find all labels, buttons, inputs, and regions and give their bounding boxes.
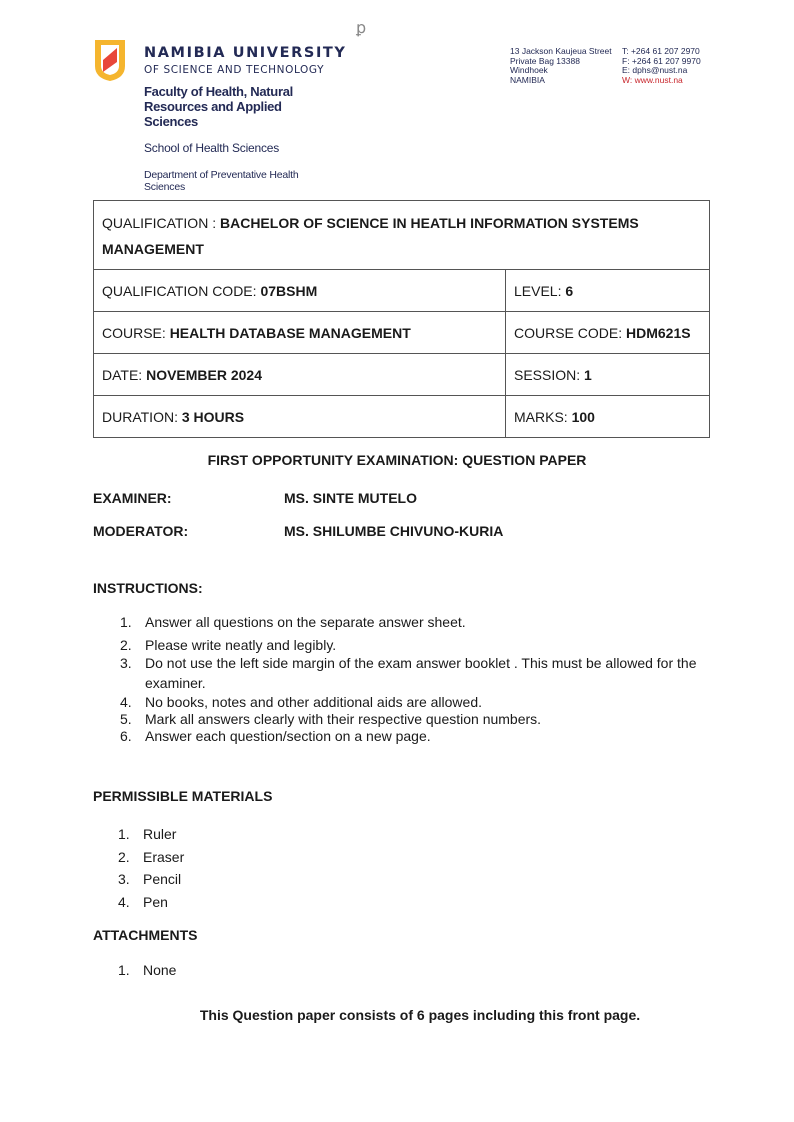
level-cell: LEVEL: 6 bbox=[506, 270, 710, 312]
material-item: 3.Pencil bbox=[118, 868, 184, 891]
duration-value: 3 HOURS bbox=[182, 409, 244, 425]
instruction-item: 5.Mark all answers clearly with their re… bbox=[120, 711, 700, 727]
department-name: Department of Preventative Health Scienc… bbox=[144, 169, 304, 193]
university-name: NAMIBIA UNIVERSITY bbox=[144, 45, 347, 61]
course-value: HEALTH DATABASE MANAGEMENT bbox=[170, 325, 411, 341]
page-count-note: This Question paper consists of 6 pages … bbox=[0, 1007, 794, 1023]
exam-info-table: QUALIFICATION : BACHELOR OF SCIENCE IN H… bbox=[93, 200, 710, 438]
course-code-label: COURSE CODE: bbox=[514, 325, 626, 341]
qualification-code-label: QUALIFICATION CODE: bbox=[102, 283, 260, 299]
qualification-label: QUALIFICATION : bbox=[102, 215, 220, 231]
material-item: 1.Ruler bbox=[118, 823, 184, 846]
session-label: SESSION: bbox=[514, 367, 584, 383]
course-cell: COURSE: HEALTH DATABASE MANAGEMENT bbox=[94, 312, 506, 354]
examiner-name: MS. SINTE MUTELO bbox=[284, 490, 417, 506]
university-subtitle: OF SCIENCE AND TECHNOLOGY bbox=[144, 64, 324, 76]
instruction-item: 4.No books, notes and other additional a… bbox=[120, 694, 700, 710]
address-line: NAMIBIA bbox=[510, 76, 612, 86]
postal-address: 13 Jackson Kaujeua Street Private Bag 13… bbox=[510, 47, 612, 85]
instruction-item: 6.Answer each question/section on a new … bbox=[120, 728, 700, 744]
instruction-item: 2.Please write neatly and legibly. bbox=[120, 637, 700, 653]
website-link[interactable]: W: www.nust.na bbox=[622, 76, 701, 86]
attachments-list: 1.None bbox=[118, 962, 176, 978]
permissible-materials-heading: PERMISSIBLE MATERIALS bbox=[93, 788, 272, 804]
qualification-code-value: 07BSHM bbox=[260, 283, 317, 299]
marks-value: 100 bbox=[572, 409, 595, 425]
moderator-label: MODERATOR: bbox=[93, 523, 188, 539]
level-label: LEVEL: bbox=[514, 283, 565, 299]
duration-cell: DURATION: 3 HOURS bbox=[94, 396, 506, 438]
attachment-item: 1.None bbox=[118, 962, 176, 978]
level-value: 6 bbox=[565, 283, 573, 299]
university-logo-icon bbox=[92, 38, 128, 82]
instructions-heading: INSTRUCTIONS: bbox=[93, 580, 203, 596]
instruction-item: 1.Answer all questions on the separate a… bbox=[120, 614, 700, 630]
examiner-label: EXAMINER: bbox=[93, 490, 172, 506]
material-item: 2.Eraser bbox=[118, 846, 184, 869]
marks-label: MARKS: bbox=[514, 409, 572, 425]
date-value: NOVEMBER 2024 bbox=[146, 367, 262, 383]
attachments-heading: ATTACHMENTS bbox=[93, 927, 197, 943]
instruction-item: 3.Do not use the left side margin of the… bbox=[120, 654, 700, 693]
marks-cell: MARKS: 100 bbox=[506, 396, 710, 438]
duration-label: DURATION: bbox=[102, 409, 182, 425]
materials-list: 1.Ruler 2.Eraser 3.Pencil 4.Pen bbox=[118, 823, 184, 914]
course-code-cell: COURSE CODE: HDM621S bbox=[506, 312, 710, 354]
session-value: 1 bbox=[584, 367, 592, 383]
moderator-name: MS. SHILUMBE CHIVUNO-KURIA bbox=[284, 523, 503, 539]
exam-title: FIRST OPPORTUNITY EXAMINATION: QUESTION … bbox=[0, 452, 794, 468]
handwritten-mark: ꝑ bbox=[356, 18, 366, 37]
session-cell: SESSION: 1 bbox=[506, 354, 710, 396]
qualification-cell: QUALIFICATION : BACHELOR OF SCIENCE IN H… bbox=[94, 201, 710, 270]
contact-details: T: +264 61 207 2970 F: +264 61 207 9970 … bbox=[622, 47, 701, 85]
date-cell: DATE: NOVEMBER 2024 bbox=[94, 354, 506, 396]
date-label: DATE: bbox=[102, 367, 146, 383]
material-item: 4.Pen bbox=[118, 891, 184, 914]
faculty-name: Faculty of Health, Natural Resources and… bbox=[144, 84, 304, 129]
course-code-value: HDM621S bbox=[626, 325, 691, 341]
instructions-list: 1.Answer all questions on the separate a… bbox=[120, 614, 700, 744]
qualification-code-cell: QUALIFICATION CODE: 07BSHM bbox=[94, 270, 506, 312]
course-label: COURSE: bbox=[102, 325, 170, 341]
school-name: School of Health Sciences bbox=[144, 141, 279, 155]
